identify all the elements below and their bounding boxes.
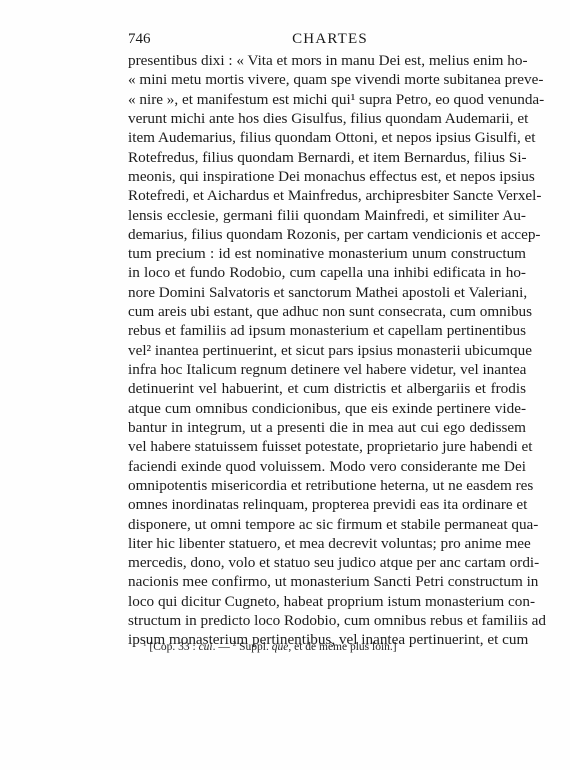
text-line: omnipotentis misericordia et retribution… — [128, 476, 526, 495]
text-line: detinuerint vel habuerint, et cum distri… — [128, 379, 526, 398]
footnote-1-text-b: . — — [213, 641, 233, 653]
footnote-2-italic: que — [272, 641, 289, 653]
text-line: omnes inordinatas relinquam, propterea p… — [128, 495, 526, 514]
text-line: verunt michi ante hos dies Gisulfus, fil… — [128, 109, 526, 128]
footnote-1-italic: cui — [199, 641, 213, 653]
footnote-1-text: [Cop. 33 : cui. — — [149, 641, 232, 653]
footnote-2-text-a: Suppl. — [236, 641, 271, 653]
text-line: atque cum omnibus condicionibus, que eis… — [128, 399, 526, 418]
text-line: meonis, qui inspiratione Dei monachus ef… — [128, 167, 526, 186]
document-page: 746 CHARTES presentibus dixi : « Vita et… — [0, 0, 570, 770]
text-line: presentibus dixi : « Vita et mors in man… — [128, 51, 526, 70]
text-line: « nire », et manifestum est michi qui¹ s… — [128, 90, 526, 109]
text-line: structum in predicto loco Rodobio, cum o… — [128, 611, 526, 630]
text-line: nore Domini Salvatoris et sanctorum Math… — [128, 283, 526, 302]
text-line: Rotefredus, filius quondam Bernardi, et … — [128, 148, 526, 167]
text-line: cum areis ubi estant, que adhuc non sunt… — [128, 302, 526, 321]
footnote-marker-1: 1 — [143, 640, 147, 648]
text-line: in loco et fundo Rodobio, cum capella un… — [128, 263, 526, 282]
text-line: nacionis mee confirmo, ut monasterium Sa… — [128, 572, 526, 591]
footnote-1-text-a: [Cop. 33 : — [149, 641, 198, 653]
footnotes: 1 [Cop. 33 : cui. — 2 Suppl. que, et de … — [143, 636, 523, 655]
text-line: Rotefredi, et Aichardus et Mainfredus, a… — [128, 186, 526, 205]
text-line: vel habere statuissem fuisset potestate,… — [128, 437, 526, 456]
body-text: presentibus dixi : « Vita et mors in man… — [128, 51, 526, 650]
text-line: faciendi exinde quod voluissem. Modo ver… — [128, 457, 526, 476]
running-head: 746 CHARTES — [128, 30, 526, 50]
text-line: tum precium : id est nominative monaster… — [128, 244, 526, 263]
text-line: liter hic libenter statuero, et mea decr… — [128, 534, 526, 553]
footnote-2-text: Suppl. que, et de même plus loin.] — [236, 641, 396, 653]
text-line: rebus et familiis ad ipsum monasterium e… — [128, 321, 526, 340]
text-line: loco qui dicitur Cugneto, habeat propriu… — [128, 592, 526, 611]
text-line: infra hoc Italicum regnum detinere vel h… — [128, 360, 526, 379]
text-line: disponere, ut omni tempore ac sic firmum… — [128, 515, 526, 534]
text-line: mercedis, dono, volo et statuo seu judic… — [128, 553, 526, 572]
running-title: CHARTES — [128, 30, 526, 48]
text-line: demarius, filius quondam Rozonis, per ca… — [128, 225, 526, 244]
text-line: vel² inantea pertinuerint, et sicut pars… — [128, 341, 526, 360]
text-line: bantur in integrum, ut a presenti die in… — [128, 418, 526, 437]
text-line: « mini metu mortis vivere, quam spe vive… — [128, 70, 526, 89]
text-line: lensis ecclesie, germani filii quondam M… — [128, 206, 526, 225]
footnote-2-text-b: , et de même plus loin.] — [288, 641, 396, 653]
text-line: item Audemarius, filius quondam Ottoni, … — [128, 128, 526, 147]
